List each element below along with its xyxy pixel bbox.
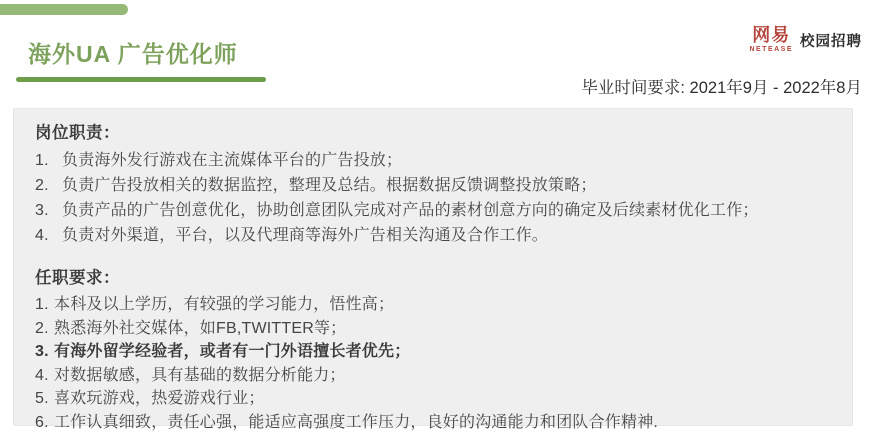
campus-recruitment-label: 校园招聘: [800, 30, 862, 51]
requirement-item: 4. 对数据敏感，具有基础的数据分析能力；: [35, 364, 834, 388]
item-text: 工作认真细致，责任心强，能适应高强度工作压力，良好的沟通能力和团队合作精神.: [54, 411, 658, 435]
requirement-item: 2. 熟悉海外社交媒体，如FB,TWITTER等；: [35, 317, 834, 341]
netease-brand-mark: 网易 NETEASE: [749, 26, 793, 53]
item-text: 喜欢玩游戏，热爱游戏行业；: [54, 387, 265, 411]
responsibility-item: 3. 负责产品的广告创意优化，协助创意团队完成对产品的素材创意方向的确定及后续素…: [35, 198, 834, 223]
requirement-item: 5. 喜欢玩游戏，热爱游戏行业；: [35, 387, 834, 411]
item-text: 本科及以上学历，有较强的学习能力，悟性高；: [54, 293, 394, 317]
item-number: 4.: [35, 223, 62, 248]
responsibilities-heading: 岗位职责：: [35, 124, 834, 143]
item-number: 1.: [35, 148, 62, 173]
item-text: 负责产品的广告创意优化，协助创意团队完成对产品的素材创意方向的确定及后续素材优化…: [62, 198, 759, 223]
section-spacer: [35, 248, 834, 269]
item-number: 2.: [35, 173, 62, 198]
item-text: 负责海外发行游戏在主流媒体平台的广告投放；: [62, 148, 402, 173]
requirements-heading: 任职要求：: [35, 269, 834, 288]
title-underline: [16, 77, 266, 82]
item-number: 3.: [35, 340, 54, 364]
requirement-item: 1. 本科及以上学历，有较强的学习能力，悟性高；: [35, 293, 834, 317]
item-number: 6.: [35, 411, 54, 435]
requirements-section: 任职要求： 1. 本科及以上学历，有较强的学习能力，悟性高； 2. 熟悉海外社交…: [35, 269, 834, 434]
responsibility-item: 4. 负责对外渠道，平台，以及代理商等海外广告相关沟通及合作工作。: [35, 223, 834, 248]
item-number: 3.: [35, 198, 62, 223]
item-number: 2.: [35, 317, 54, 341]
item-number: 1.: [35, 293, 54, 317]
requirement-item: 6. 工作认真细致，责任心强，能适应高强度工作压力，良好的沟通能力和团队合作精神…: [35, 411, 834, 435]
job-description-panel: 岗位职责： 1. 负责海外发行游戏在主流媒体平台的广告投放； 2. 负责广告投放…: [13, 108, 853, 426]
item-text: 负责对外渠道，平台，以及代理商等海外广告相关沟通及合作工作。: [62, 223, 548, 248]
responsibilities-section: 岗位职责： 1. 负责海外发行游戏在主流媒体平台的广告投放； 2. 负责广告投放…: [35, 124, 834, 248]
item-number: 4.: [35, 364, 54, 388]
netease-campus-logo: 网易 NETEASE 校园招聘: [749, 26, 862, 53]
top-accent-bar: [0, 4, 128, 15]
requirement-item-highlighted: 3. 有海外留学经验者，或者有一门外语擅长者优先；: [35, 340, 834, 364]
responsibility-item: 1. 负责海外发行游戏在主流媒体平台的广告投放；: [35, 148, 834, 173]
netease-logo-cn: 网易: [752, 26, 790, 44]
responsibility-item: 2. 负责广告投放相关的数据监控，整理及总结。根据数据反馈调整投放策略；: [35, 173, 834, 198]
item-number: 5.: [35, 387, 54, 411]
graduation-time-requirement: 毕业时间要求: 2021年9月 - 2022年8月: [581, 74, 862, 98]
page-title: 海外UA 广告优化师: [28, 36, 238, 69]
netease-logo-en: NETEASE: [749, 46, 793, 53]
item-text: 对数据敏感，具有基础的数据分析能力；: [54, 364, 346, 388]
item-text: 负责广告投放相关的数据监控，整理及总结。根据数据反馈调整投放策略；: [62, 173, 597, 198]
item-text: 熟悉海外社交媒体，如FB,TWITTER等；: [54, 317, 346, 341]
item-text: 有海外留学经验者，或者有一门外语擅长者优先；: [54, 340, 410, 364]
job-posting-page: 海外UA 广告优化师 网易 NETEASE 校园招聘 毕业时间要求: 2021年…: [0, 0, 876, 440]
